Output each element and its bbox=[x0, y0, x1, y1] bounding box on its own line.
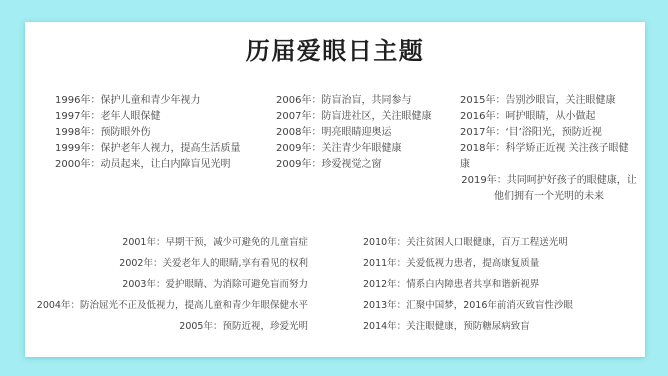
theme-entry: 2007年：防盲进社区，关注眼健康 bbox=[276, 109, 431, 125]
theme-text: ‘目’浴阳光，预防近视 bbox=[505, 127, 601, 138]
theme-text: 保护儿童和青少年视力 bbox=[100, 95, 200, 106]
theme-entry: 2019年：共同呵护好孩子的眼健康，让他们拥有一个光明的未来 bbox=[460, 173, 638, 205]
theme-entry: 2009年：关注青少年眼健康 bbox=[276, 141, 431, 157]
theme-year: 2002年： bbox=[119, 258, 162, 269]
theme-year: 1996年： bbox=[55, 95, 100, 106]
theme-year: 2014年： bbox=[363, 321, 406, 332]
theme-entry: 2006年：防盲治盲，共同参与 bbox=[276, 93, 431, 109]
theme-text: 防盲进社区，关注眼健康 bbox=[321, 111, 431, 122]
theme-year: 2003年： bbox=[122, 279, 165, 290]
theme-year: 2012年： bbox=[363, 279, 406, 290]
theme-entry: 2005年：预防近视，珍爱光明 bbox=[25, 316, 308, 337]
theme-year: 2015年： bbox=[460, 95, 505, 106]
theme-entry: 1998年：预防眼外伤 bbox=[55, 125, 240, 141]
theme-entry: 2011年：关爱低视力患者，提高康复质量 bbox=[363, 253, 573, 274]
theme-text: 共同呵护好孩子的眼健康，让他们拥有一个光明的未来 bbox=[494, 175, 637, 202]
theme-year: 2017年： bbox=[460, 127, 505, 138]
theme-text: 保护老年人视力，提高生活质量 bbox=[100, 143, 240, 154]
theme-year: 2000年： bbox=[55, 159, 100, 170]
theme-entry: 1996年：保护儿童和青少年视力 bbox=[55, 93, 240, 109]
theme-year: 2018年： bbox=[460, 143, 505, 154]
theme-text: 防盲治盲，共同参与 bbox=[321, 95, 411, 106]
theme-year: 2005年： bbox=[179, 321, 222, 332]
theme-entry: 2017年：‘目’浴阳光，预防近视 bbox=[460, 125, 638, 141]
theme-entry: 2009年：珍爱视觉之窗 bbox=[276, 157, 431, 173]
theme-text: 关爱低视力患者，提高康复质量 bbox=[406, 258, 539, 269]
theme-entry: 1997年：老年人眼保健 bbox=[55, 109, 240, 125]
theme-year: 2008年： bbox=[276, 127, 321, 138]
theme-entry: 2008年：明亮眼睛迎奥运 bbox=[276, 125, 431, 141]
theme-year: 2010年： bbox=[363, 237, 406, 248]
page-title: 历届爱眼日主题 bbox=[25, 31, 645, 66]
theme-entry: 2013年：汇聚中国梦，2016年前消灭致盲性沙眼 bbox=[363, 295, 573, 316]
theme-year: 2016年： bbox=[460, 111, 505, 122]
theme-entry: 2002年：关爱老年人的眼睛,享有看见的权利 bbox=[25, 253, 308, 274]
theme-year: 2019年： bbox=[461, 175, 506, 186]
theme-entry: 2010年：关注贫困人口眼健康，百万工程送光明 bbox=[363, 232, 573, 253]
theme-text: 珍爱视觉之窗 bbox=[321, 159, 381, 170]
slide-card: 历届爱眼日主题 1996年：保护儿童和青少年视力 1997年：老年人眼保健 19… bbox=[25, 22, 645, 357]
theme-entry: 2018年：科学矫正近视 关注孩子眼健康 bbox=[460, 141, 638, 173]
theme-column-2010-2014: 2010年：关注贫困人口眼健康，百万工程送光明 2011年：关爱低视力患者，提高… bbox=[363, 232, 573, 337]
theme-text: 关注贫困人口眼健康，百万工程送光明 bbox=[406, 237, 568, 248]
theme-text: 情系白内障患者共享和谐新视界 bbox=[406, 279, 539, 290]
theme-year: 1998年： bbox=[55, 127, 100, 138]
theme-entry: 2014年：关注眼健康，预防糖尿病致盲 bbox=[363, 316, 573, 337]
theme-text: 预防眼外伤 bbox=[100, 127, 150, 138]
theme-entry: 2003年：爱护眼睛、为消除可避免盲而努力 bbox=[25, 274, 308, 295]
theme-entry: 2000年：动员起来，让白内障盲见光明 bbox=[55, 157, 240, 173]
theme-text: 呵护眼睛，从小做起 bbox=[505, 111, 595, 122]
theme-entry: 2004年：防治屈光不正及低视力，提高儿童和青少年眼保健水平 bbox=[25, 295, 308, 316]
theme-text: 爱护眼睛、为消除可避免盲而努力 bbox=[165, 279, 308, 290]
theme-year: 2006年： bbox=[276, 95, 321, 106]
theme-year: 2013年： bbox=[363, 300, 406, 311]
theme-text: 明亮眼睛迎奥运 bbox=[321, 127, 391, 138]
theme-text: 关注青少年眼健康 bbox=[321, 143, 401, 154]
theme-year: 1997年： bbox=[55, 111, 100, 122]
theme-text: 动员起来，让白内障盲见光明 bbox=[100, 159, 230, 170]
theme-text: 告别沙眼盲，关注眼健康 bbox=[505, 95, 615, 106]
theme-text: 关注眼健康，预防糖尿病致盲 bbox=[406, 321, 530, 332]
theme-text: 早期干预，减少可避免的儿童盲症 bbox=[165, 237, 308, 248]
theme-entry: 1999年：保护老年人视力，提高生活质量 bbox=[55, 141, 240, 157]
theme-year: 2009年： bbox=[276, 159, 321, 170]
theme-column-1996-2000: 1996年：保护儿童和青少年视力 1997年：老年人眼保健 1998年：预防眼外… bbox=[55, 93, 240, 173]
theme-year: 2009年： bbox=[276, 143, 321, 154]
theme-text: 汇聚中国梦，2016年前消灭致盲性沙眼 bbox=[406, 300, 573, 311]
theme-column-2015-2019: 2015年：告别沙眼盲，关注眼健康 2016年：呵护眼睛，从小做起 2017年：… bbox=[460, 93, 638, 205]
theme-text: 老年人眼保健 bbox=[100, 111, 160, 122]
theme-column-2006-2009: 2006年：防盲治盲，共同参与 2007年：防盲进社区，关注眼健康 2008年：… bbox=[276, 93, 431, 173]
theme-column-2001-2005: 2001年：早期干预，减少可避免的儿童盲症 2002年：关爱老年人的眼睛,享有看… bbox=[25, 232, 308, 337]
theme-entry: 2016年：呵护眼睛，从小做起 bbox=[460, 109, 638, 125]
theme-text: 关爱老年人的眼睛,享有看见的权利 bbox=[162, 258, 308, 269]
theme-text: 防治屈光不正及低视力，提高儿童和青少年眼保健水平 bbox=[80, 300, 308, 311]
slide-background: 历届爱眼日主题 1996年：保护儿童和青少年视力 1997年：老年人眼保健 19… bbox=[0, 0, 668, 376]
theme-entry: 2001年：早期干预，减少可避免的儿童盲症 bbox=[25, 232, 308, 253]
theme-year: 2011年： bbox=[363, 258, 406, 269]
theme-entry: 2012年：情系白内障患者共享和谐新视界 bbox=[363, 274, 573, 295]
theme-year: 1999年： bbox=[55, 143, 100, 154]
theme-entry: 2015年：告别沙眼盲，关注眼健康 bbox=[460, 93, 638, 109]
theme-year: 2007年： bbox=[276, 111, 321, 122]
theme-year: 2004年： bbox=[37, 300, 80, 311]
theme-text: 预防近视，珍爱光明 bbox=[222, 321, 308, 332]
theme-year: 2001年： bbox=[122, 237, 165, 248]
